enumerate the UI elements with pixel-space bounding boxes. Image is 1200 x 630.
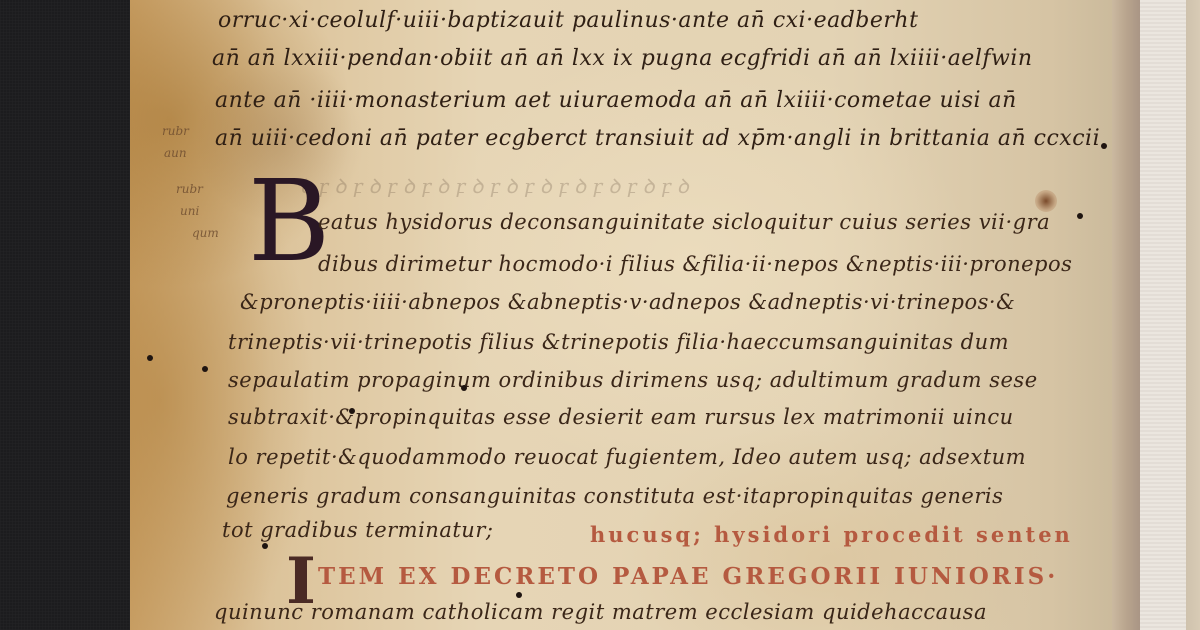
ink-stain (1035, 190, 1057, 212)
ink-dot (262, 543, 268, 549)
text-line-body-3: &proneptis·iiii·abnepos &abneptis·v·adne… (240, 290, 1015, 314)
margin-note: qum (192, 226, 219, 240)
ink-dot (147, 355, 153, 361)
margin-note: uni (180, 204, 199, 218)
margin-note: rubr (176, 182, 203, 196)
ink-dot (349, 408, 355, 414)
facing-page-edge (1186, 0, 1200, 630)
ink-dot (1101, 143, 1107, 149)
margin-note: rubr (162, 124, 189, 138)
rubric-heading: TEM EX DECRETO PAPAE GREGORII IUNIORIS· (318, 563, 1058, 590)
ink-dot (202, 366, 208, 372)
page-edge (1112, 0, 1140, 630)
text-line-body-6: subtraxit·&propinquitas esse desierit ea… (228, 405, 1014, 429)
text-line-body-7: lo repetit·&quodammodo reuocat fugientem… (228, 445, 1026, 469)
text-line-top-4: an̄ uiii·cedoni an̄ pater ecgberct trans… (215, 126, 1100, 151)
text-line-body-4: trineptis·vii·trinepotis filius &trinepo… (228, 330, 1009, 354)
decorated-initial-b: B (248, 166, 310, 278)
text-line-last: quinunc romanam catholicam regit matrem … (214, 600, 987, 624)
show-through-text: ꝺ ꝼ ꝺ ꝼ ꝺ ꝼ ꝺ ꝼ ꝺ ꝼ ꝺ ꝼ ꝺ ꝼ ꝺ ꝼ ꝺ ꝼ ꝺ ꝼ … (300, 172, 689, 199)
text-line-body-9: tot gradibus terminatur; (222, 518, 493, 542)
text-line-top-1: orruc·xi·ceolulf·uiii·baptizauit paulinu… (218, 8, 918, 33)
ink-dot (461, 385, 467, 391)
binding-guard-strip (1140, 0, 1186, 630)
ink-dot (516, 592, 522, 598)
dark-backdrop (0, 0, 132, 630)
text-line-top-2: an̄ an̄ lxxiii·pendan·obiit an̄ an̄ lxx … (212, 46, 1033, 71)
rubric-explicit: hucusq; hysidori procedit senten (590, 522, 1073, 547)
text-line-body-1: eatus hysidorus deconsanguinitate sicloq… (318, 210, 1050, 234)
text-line-body-2: dibus dirimetur hocmodo·i filius &filia·… (318, 252, 1072, 276)
text-line-body-5: sepaulatim propaginum ordinibus dirimens… (228, 368, 1038, 392)
text-line-top-3: ante an̄ ·iiii·monasterium aet uiuraemod… (215, 88, 1017, 113)
ink-dot (1077, 213, 1083, 219)
text-line-body-8: generis gradum consanguinitas constituta… (226, 484, 1003, 508)
margin-note: aun (164, 146, 187, 160)
